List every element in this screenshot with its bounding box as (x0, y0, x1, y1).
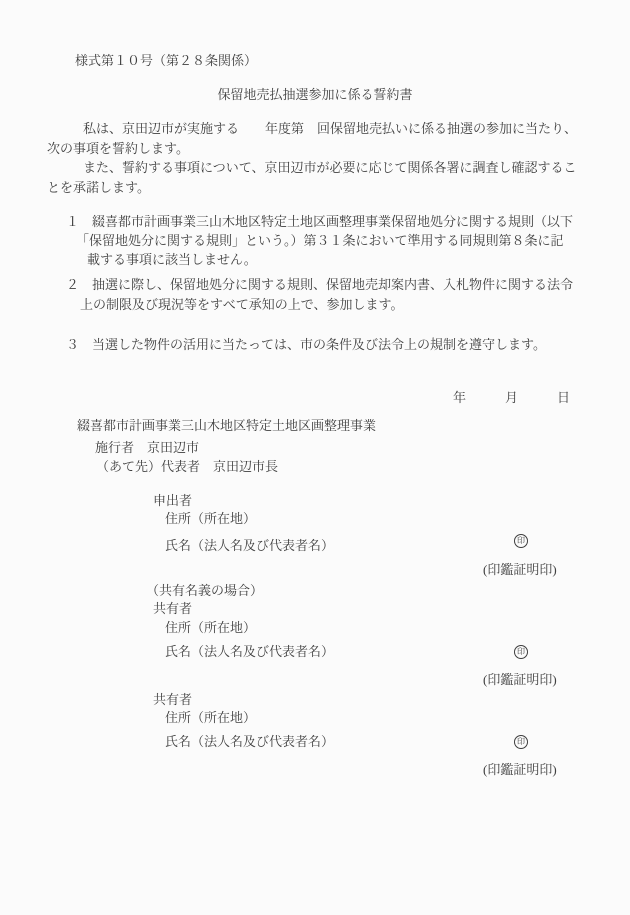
co-ownership-case-note: （共有名義の場合） (146, 583, 263, 598)
project-name: 綴喜都市計画事業三山木地区特定土地区画整理事業 (77, 418, 376, 433)
date-year-label: 年 (453, 390, 466, 405)
date-month-label: 月 (505, 390, 518, 405)
executor-line: 施行者 京田辺市 (95, 440, 199, 455)
co-owner-2-name-label: 氏名（法人名及び代表者名） (165, 734, 334, 749)
co-owner-2-label: 共有者 (153, 692, 192, 707)
clause-1-line2: 「保留地処分に関する規則」という。）第３１条において準用する同規則第８条に記 (76, 233, 564, 248)
clause-1-line3: 載する事項に該当しません。 (87, 252, 257, 267)
applicant-label: 申出者 (153, 493, 192, 508)
applicant-seal-icon: 印 (514, 534, 528, 548)
intro-paragraph1-line1: 私は、京田辺市が実施する 年度第 回保留地売払いに係る抽選の参加に当たり、 (83, 121, 577, 136)
clause-2-line1: 抽選に際し、保留地処分に関する規則、保留地売却案内書、入札物件に関する法令 (92, 277, 573, 292)
pledge-form-page: 様式第１０号（第２８条関係） 保留地売払抽選参加に係る誓約書 私は、京田辺市が実… (0, 0, 630, 915)
applicant-name-label: 氏名（法人名及び代表者名） (165, 538, 334, 553)
applicant-address-label: 住所（所在地） (165, 511, 256, 526)
co-owner-1-address-label: 住所（所在地） (165, 620, 256, 635)
clause-3-line1: 当選した物件の活用に当たっては、市の条件及び法令上の規制を遵守します。 (92, 337, 546, 352)
form-number: 様式第１０号（第２８条関係） (75, 53, 257, 68)
intro-paragraph1-line2: 次の事項を誓約します。 (47, 141, 189, 156)
co-owner-1-seal-certificate-note: (印鑑証明印) (483, 672, 557, 687)
clause-1-number: １ (66, 214, 79, 229)
co-owner-1-seal-icon: 印 (514, 645, 528, 659)
date-day-label: 日 (557, 390, 570, 405)
co-owner-2-seal-certificate-note: (印鑑証明印) (483, 762, 557, 777)
addressee-representative-line: （あて先）代表者 京田辺市長 (96, 459, 278, 474)
applicant-seal-certificate-note: (印鑑証明印) (483, 562, 557, 577)
intro-paragraph2-line1: また、誓約する事項について、京田辺市が必要に応じて関係各署に調査し確認するこ (83, 160, 576, 175)
document-title: 保留地売払抽選参加に係る誓約書 (0, 87, 630, 102)
clause-2-line2: 上の制限及び現況等をすべて承知の上で、参加します。 (80, 297, 403, 312)
intro-paragraph2-line2: とを承諾します。 (47, 180, 150, 195)
co-owner-2-seal-icon: 印 (514, 735, 528, 749)
clause-3-number: ３ (66, 337, 79, 352)
clause-2-number: ２ (66, 277, 79, 292)
co-owner-1-label: 共有者 (153, 601, 192, 616)
co-owner-2-address-label: 住所（所在地） (165, 710, 256, 725)
co-owner-1-name-label: 氏名（法人名及び代表者名） (165, 644, 334, 659)
clause-1-line1: 綴喜都市計画事業三山木地区特定土地区画整理事業保留地処分に関する規則（以下 (92, 214, 573, 229)
